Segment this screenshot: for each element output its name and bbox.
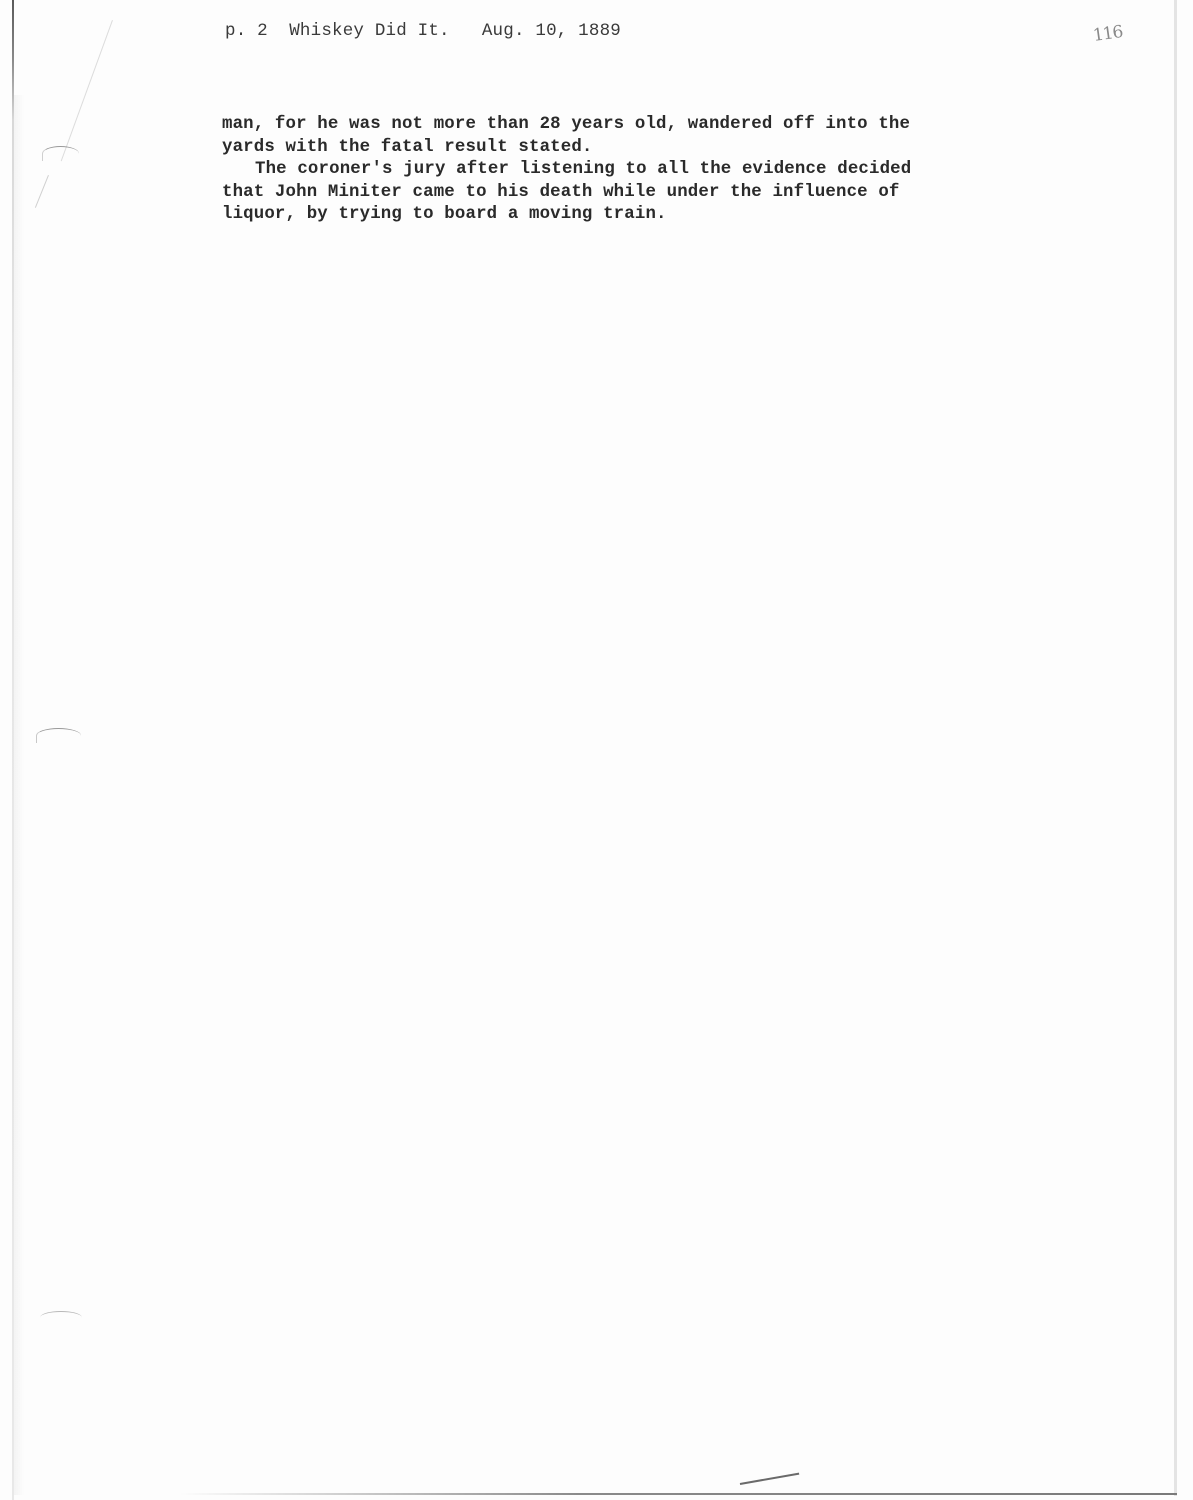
article-title: Whiskey Did It. [289,21,450,41]
body-line: that John Miniter came to his death whil… [222,182,982,205]
punch-hole-mark [42,146,79,161]
handwritten-page-number: 116 [1092,22,1124,46]
body-line: liquor, by trying to board a moving trai… [222,204,982,227]
body-line: man, for he was not more than 28 years o… [222,114,982,137]
scan-right-edge [1174,0,1177,1496]
punch-hole-mark [40,1311,82,1324]
article-date: Aug. 10, 1889 [482,21,621,41]
body-line: The coroner's jury after listening to al… [222,159,982,182]
page-header: p. 2 Whiskey Did It. Aug. 10, 1889 [225,21,621,41]
punch-hole-mark [36,728,81,743]
body-line: yards with the fatal result stated. [222,137,982,160]
scan-left-shadow [14,95,24,1495]
article-body: man, for he was not more than 28 years o… [222,114,982,227]
page-label: p. 2 [225,21,268,41]
paper-crease [35,175,49,208]
scan-bottom-edge [180,1493,1177,1495]
paper-tear-mark [740,1473,799,1485]
paper-crease [61,20,113,161]
scanned-page: p. 2 Whiskey Did It. Aug. 10, 1889 116 m… [0,0,1193,1500]
